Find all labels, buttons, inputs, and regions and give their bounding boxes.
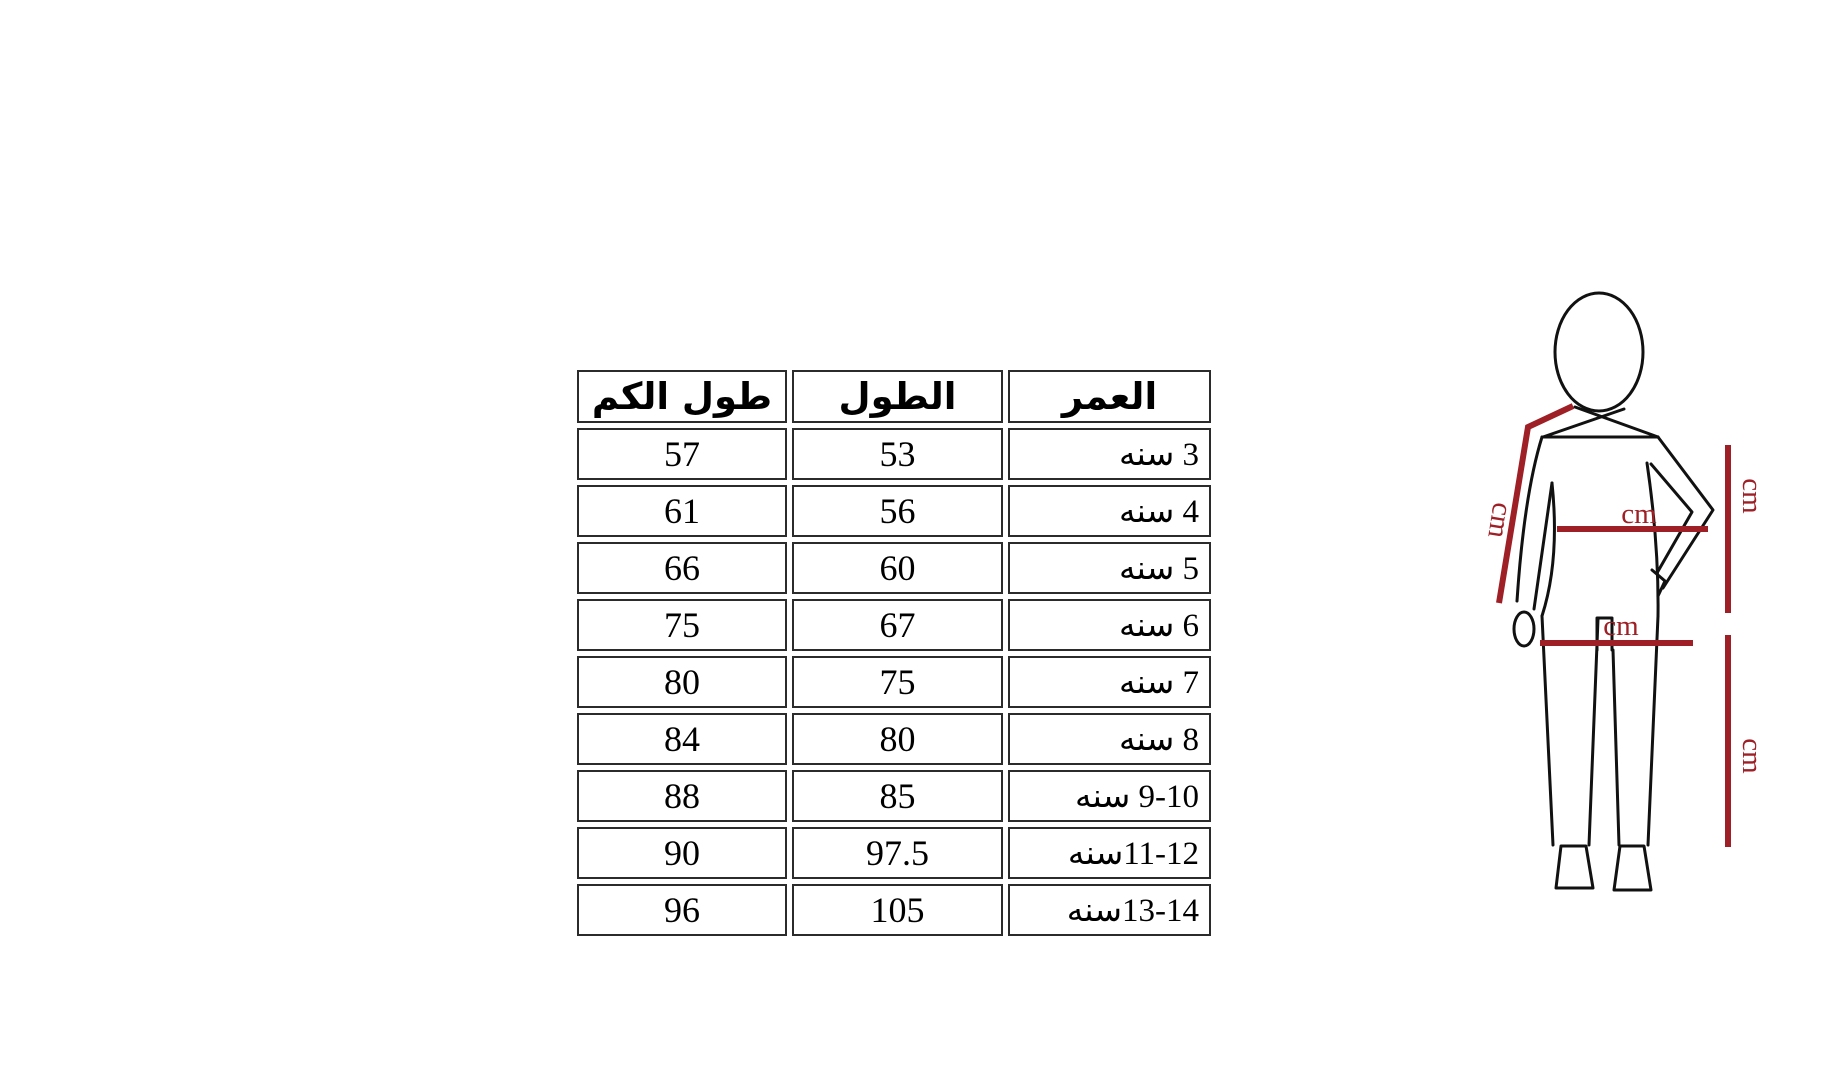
- inseam-unit-label: cm: [1736, 738, 1768, 774]
- right-leg-outer: [1648, 616, 1658, 845]
- hip-unit-label: cm: [1603, 610, 1639, 642]
- right-foot: [1614, 846, 1651, 890]
- left-leg-inner: [1589, 619, 1598, 845]
- measurement-lines: cm cm cm cm cm: [1481, 406, 1768, 847]
- torso-right-edge: [1647, 463, 1658, 616]
- chest-unit-label: cm: [1621, 498, 1657, 530]
- left-hand: [1514, 612, 1534, 646]
- mannequin-outline: [1514, 293, 1713, 890]
- left-foot: [1556, 846, 1593, 888]
- sleeve-unit-label: cm: [1481, 500, 1518, 540]
- left-leg-outer: [1542, 616, 1553, 845]
- mannequin-figure: cm cm cm cm cm: [0, 0, 1829, 1076]
- head-outline: [1555, 293, 1643, 411]
- right-arm-outer: [1658, 437, 1713, 588]
- right-leg-inner: [1613, 650, 1619, 845]
- torso-unit-label: cm: [1736, 478, 1768, 514]
